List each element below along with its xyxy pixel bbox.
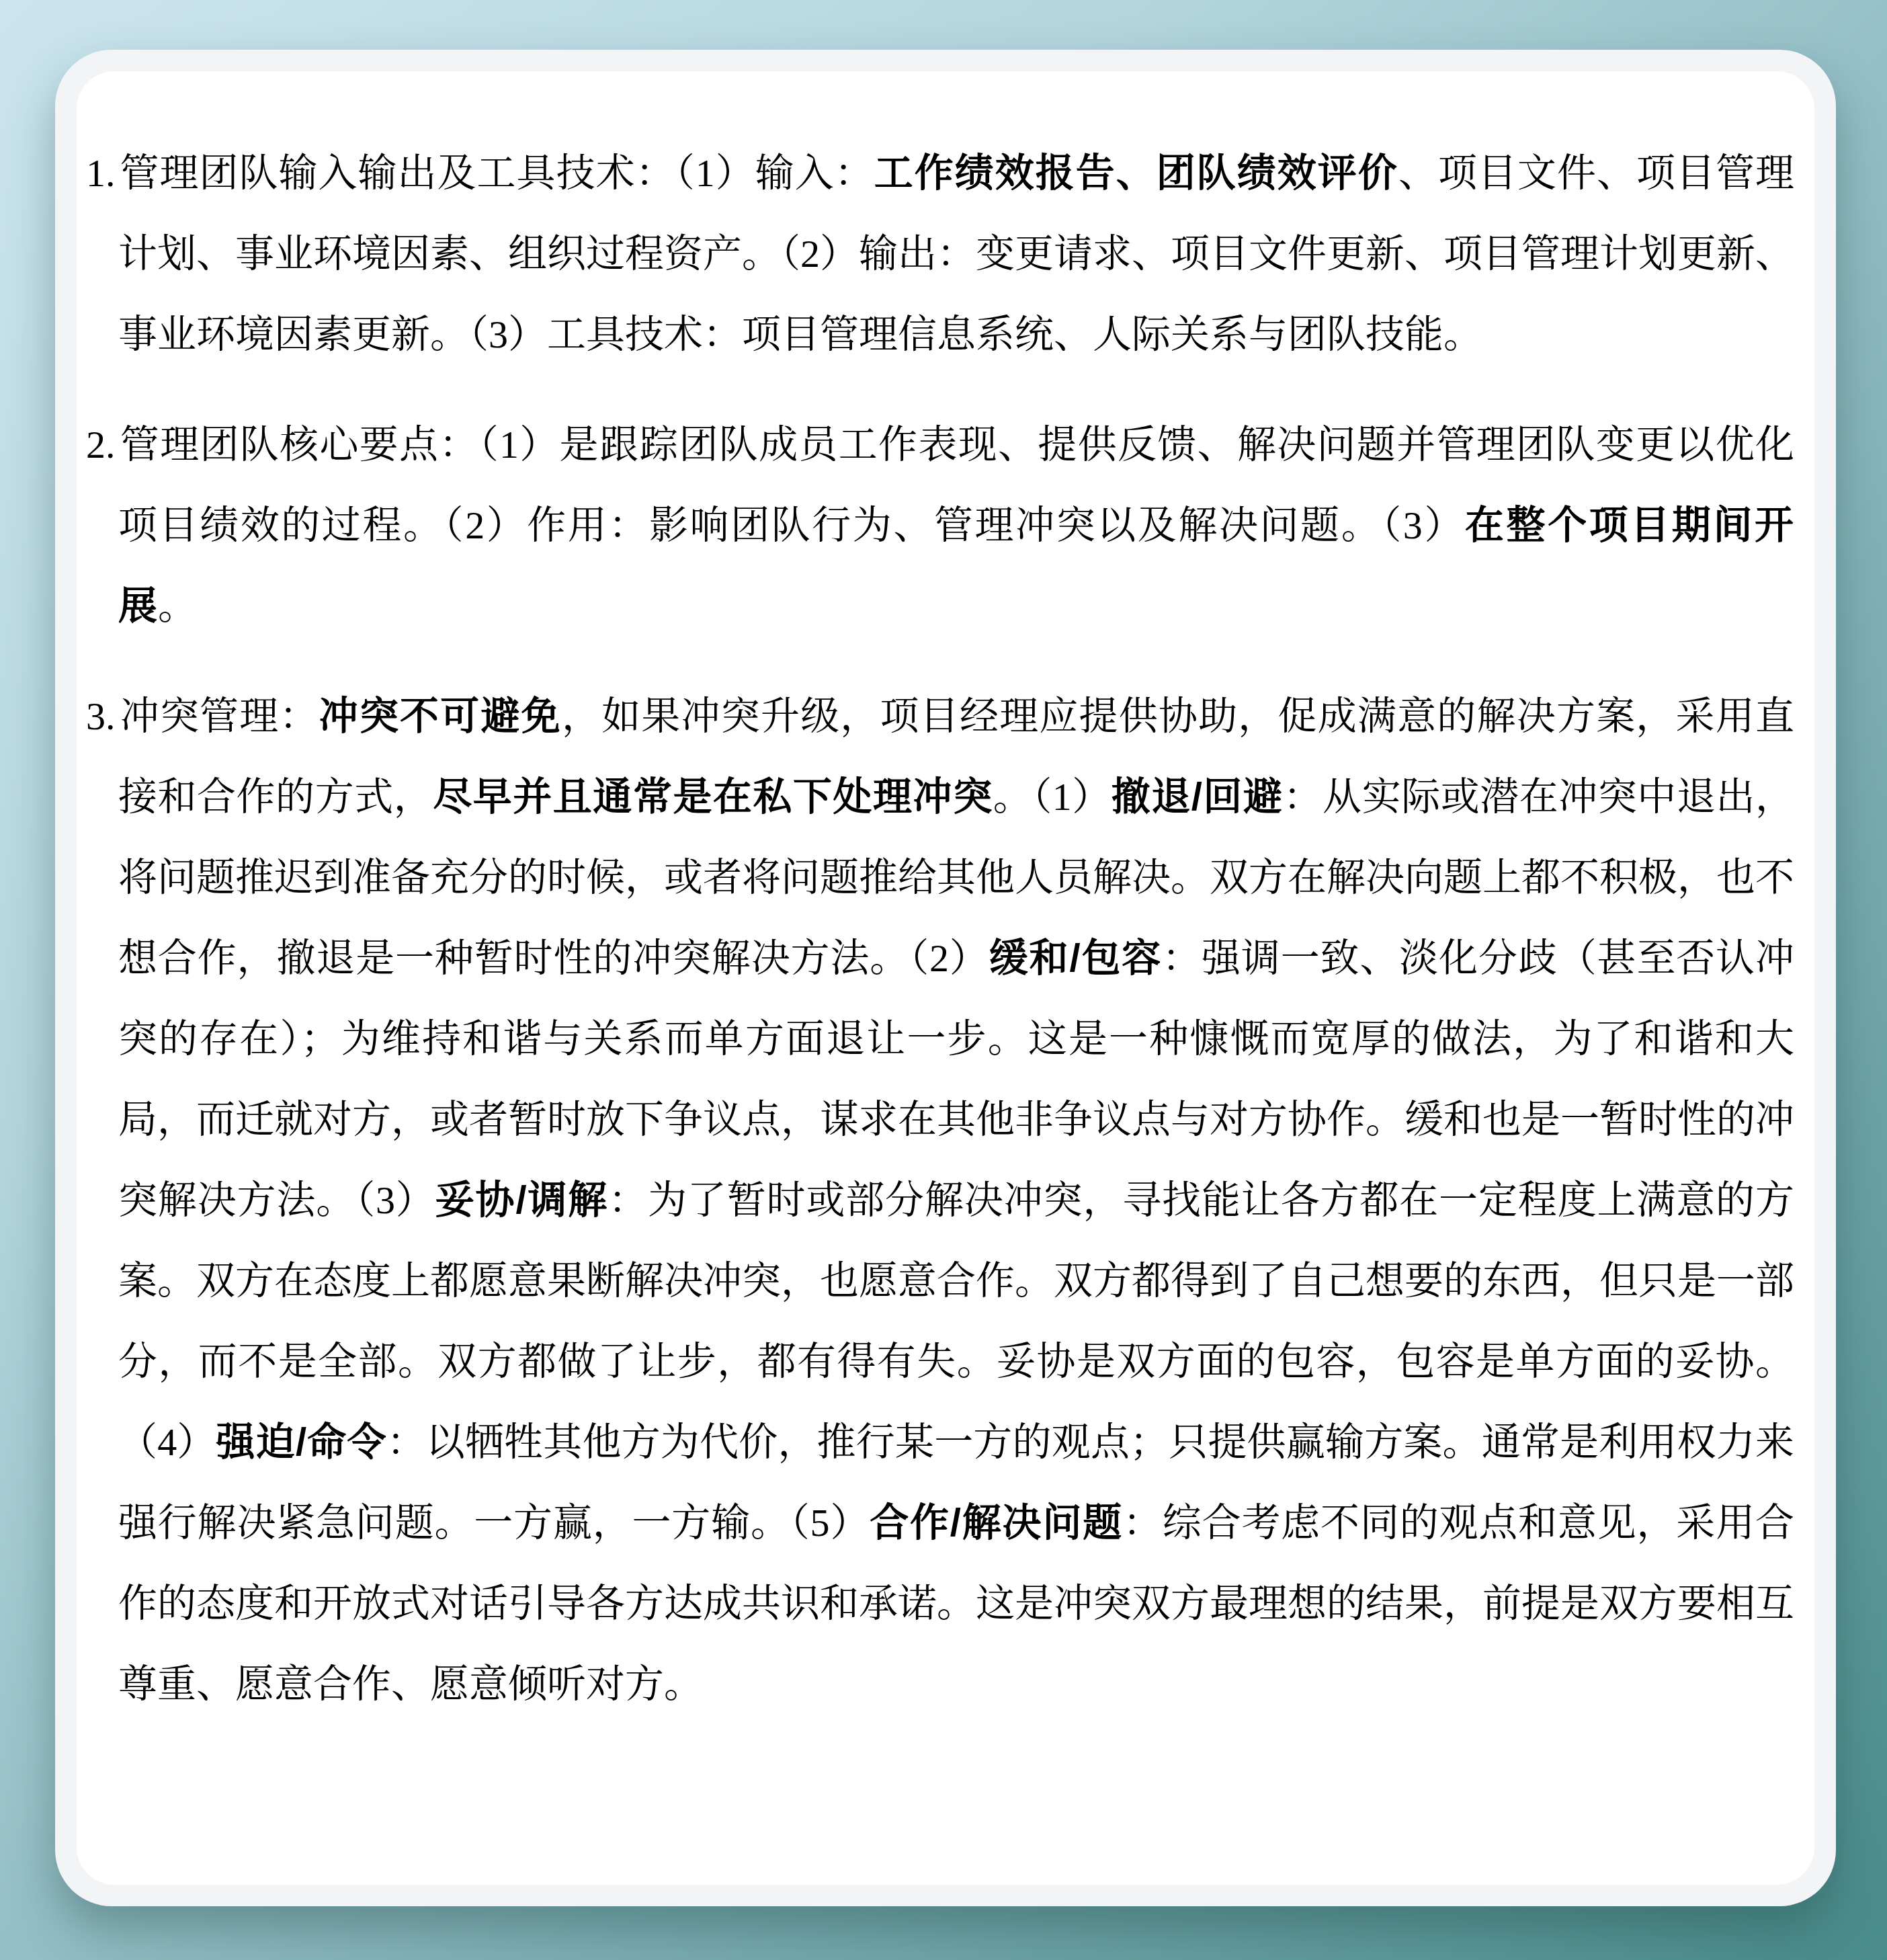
body-text: 管理团队输入输出及工具技术：（1）输入： [120,151,874,195]
emphasis-text: 撤退/回避 [1112,775,1284,819]
item-number: 2. [86,423,120,466]
notes-card: 1.管理团队输入输出及工具技术：（1）输入：工作绩效报告、团队绩效评价、项目文件… [55,50,1836,1906]
emphasis-text: 妥协/调解 [435,1178,608,1222]
emphasis-text: 强迫/命令 [216,1420,387,1464]
list-item: 2.管理团队核心要点：（1）是跟踪团队成员工作表现、提供反馈、解决问题并管理团队… [86,405,1794,647]
body-text: 冲突管理： [120,694,319,738]
emphasis-text: 合作/解决问题 [870,1501,1123,1545]
item-number: 3. [86,694,120,738]
emphasis-text: 冲突不可避免 [319,694,562,738]
emphasis-text: 缓和/包容 [989,936,1162,980]
item-number: 1. [86,151,120,195]
notes-list: 1.管理团队输入输出及工具技术：（1）输入：工作绩效报告、团队绩效评价、项目文件… [86,133,1794,1725]
body-text: 。（1） [993,775,1112,819]
list-item: 3.冲突管理：冲突不可避免，如果冲突升级，项目经理应提供协助，促成满意的解决方案… [86,676,1794,1725]
list-item: 1.管理团队输入输出及工具技术：（1）输入：工作绩效报告、团队绩效评价、项目文件… [86,133,1794,375]
emphasis-text: 工作绩效报告、团队绩效评价 [874,151,1398,195]
body-text: 。 [158,584,197,628]
emphasis-text: 尽早并且通常是在私下处理冲突 [433,775,993,819]
notes-card-inner: 1.管理团队输入输出及工具技术：（1）输入：工作绩效报告、团队绩效评价、项目文件… [77,71,1814,1885]
